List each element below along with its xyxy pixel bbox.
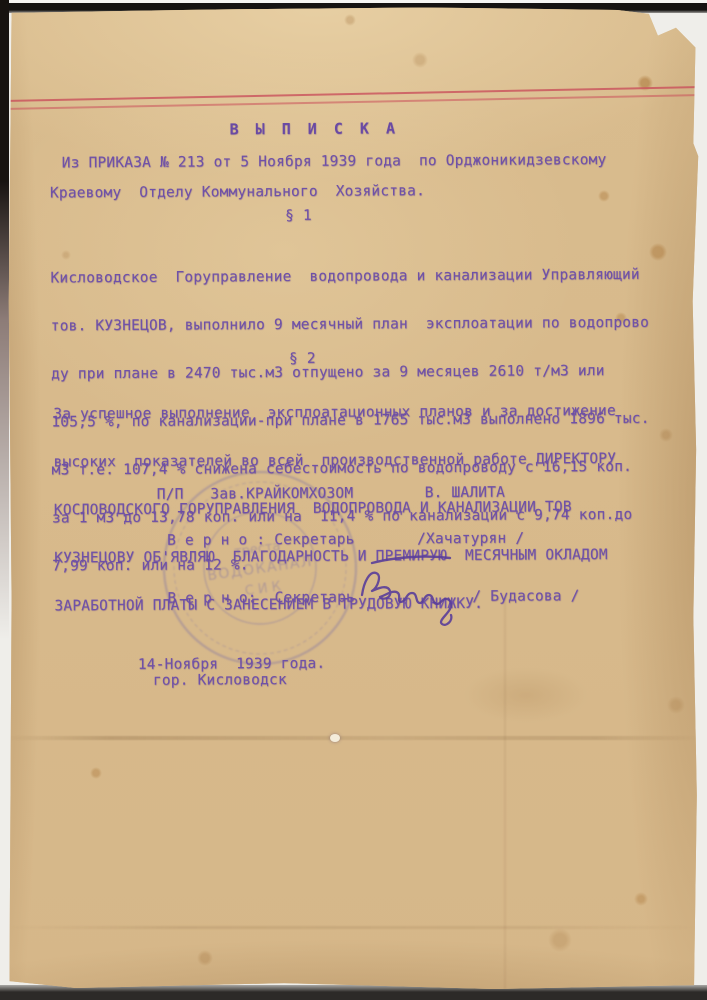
paragraph-2-line: КОСЛОВОДСКОГО ГОРУПРАВЛЕНИЯ ВОДОПРОВОДА … xyxy=(54,499,617,518)
paragraph-2-line: За успешное выполнение эксплоатационных … xyxy=(53,403,616,422)
typewritten-text-layer: В Ы П И С К А Из ПРИКАЗА № 213 от 5 Нояб… xyxy=(5,2,706,994)
paragraph-1-line: тов. КУЗНЕЦОВ, выполнило 9 месячный план… xyxy=(51,315,649,335)
certified-line-2-label: В е р н о: Секретарь xyxy=(167,590,355,607)
scanner-shadow-left xyxy=(0,0,9,640)
paragraph-2-line: высоких показателей во всей производстве… xyxy=(54,451,617,470)
section-1-heading: § 1 xyxy=(285,208,312,224)
paragraph-2-line: КУЗНЕЦОВУ ОБ'ЯВЛЯЮ БЛАГОДАРНОСТЬ И ПРЕМИ… xyxy=(54,547,617,566)
date-line: 14-Ноября 1939 года. xyxy=(138,656,326,673)
certified-line-1: В е р н о : Секретарь /Хачатурян / xyxy=(167,531,524,549)
handwritten-signature xyxy=(350,551,480,633)
order-reference-line-2: Краевому Отделу Коммунального Хозяйства. xyxy=(50,183,425,201)
paragraph-1-line: Кисловодское Горуправление водопровода и… xyxy=(50,267,648,287)
signed-by-line: П/П Зав.КРАЙКОМХОЗОМ В. ШАЛИТА xyxy=(157,485,505,503)
section-2-heading: § 2 xyxy=(289,351,316,367)
certified-line-2-name: / Будасова / xyxy=(472,588,579,605)
doc-title: В Ы П И С К А xyxy=(230,120,400,137)
order-reference-line: Из ПРИКАЗА № 213 от 5 Ноября 1939 года п… xyxy=(62,152,607,171)
place-line: гор. Кисловодск xyxy=(153,672,287,689)
document-sheet: треста ВОДОКАНАЛ С И К В Ы П И С К А Из … xyxy=(6,5,701,993)
